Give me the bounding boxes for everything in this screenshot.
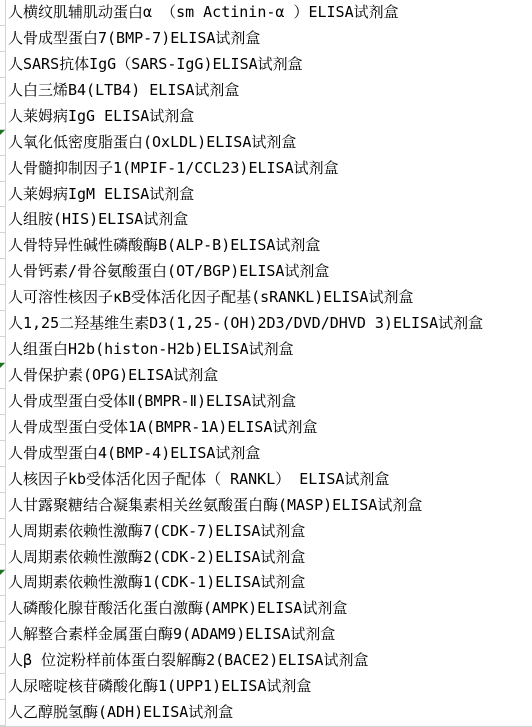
table-row: 人尿嘧啶核苷磷酸化酶1(UPP1)ELISA试剂盒 xyxy=(0,674,532,700)
adjacent-column-cell[interactable] xyxy=(0,52,6,78)
adjacent-column-cell[interactable] xyxy=(0,389,6,415)
table-row: 人周期素依赖性激酶2(CDK-2)ELISA试剂盒 xyxy=(0,545,532,571)
adjacent-column-cell[interactable] xyxy=(0,182,6,208)
adjacent-column-cell[interactable] xyxy=(0,104,6,130)
table-row: 人白三烯B4(LTB4) ELISA试剂盒 xyxy=(0,78,532,104)
adjacent-column-cell[interactable] xyxy=(0,207,6,233)
adjacent-column-cell[interactable] xyxy=(0,467,6,493)
adjacent-column-cell[interactable] xyxy=(0,233,6,259)
product-name-cell[interactable]: 人组蛋白H2b(histon-H2b)ELISA试剂盒 xyxy=(6,337,532,363)
table-row: 人横纹肌辅肌动蛋白α （sm Actinin-α ）ELISA试剂盒 xyxy=(0,0,532,26)
table-row: 人骨特异性碱性磷酸酶B(ALP-B)ELISA试剂盒 xyxy=(0,233,532,259)
table-row: 人组蛋白H2b(histon-H2b)ELISA试剂盒 xyxy=(0,337,532,363)
table-row: 人解整合素样金属蛋白酶9(ADAM9)ELISA试剂盒 xyxy=(0,622,532,648)
table-row: 人莱姆病IgG ELISA试剂盒 xyxy=(0,104,532,130)
adjacent-column-cell[interactable] xyxy=(0,493,6,519)
adjacent-column-cell[interactable] xyxy=(0,519,6,545)
product-name-cell[interactable]: 人β 位淀粉样前体蛋白裂解酶2(BACE2)ELISA试剂盒 xyxy=(6,648,532,674)
adjacent-column-cell[interactable] xyxy=(0,622,6,648)
product-name-cell[interactable]: 人氧化低密度脂蛋白(OxLDL)ELISA试剂盒 xyxy=(6,130,532,156)
table-row: 人可溶性核因子κB受体活化因子配基(sRANKL)ELISA试剂盒 xyxy=(0,285,532,311)
product-name-cell[interactable]: 人骨髓抑制因子1(MPIF-1/CCL23)ELISA试剂盒 xyxy=(6,156,532,182)
table-row: 人骨髓抑制因子1(MPIF-1/CCL23)ELISA试剂盒 xyxy=(0,156,532,182)
product-name-cell[interactable]: 人周期素依赖性激酶1(CDK-1)ELISA试剂盒 xyxy=(6,570,532,596)
adjacent-column-cell[interactable] xyxy=(0,285,6,311)
product-name-cell[interactable]: 人甘露聚糖结合凝集素相关丝氨酸蛋白酶(MASP)ELISA试剂盒 xyxy=(6,493,532,519)
table-row: 人组胺(HIS)ELISA试剂盒 xyxy=(0,207,532,233)
table-row: 人磷酸化腺苷酸活化蛋白激酶(AMPK)ELISA试剂盒 xyxy=(0,596,532,622)
product-name-cell[interactable]: 人骨保护素(OPG)ELISA试剂盒 xyxy=(6,363,532,389)
cell-error-indicator-icon xyxy=(0,570,5,575)
cell-error-indicator-icon xyxy=(0,130,5,135)
spreadsheet-product-list: 人横纹肌辅肌动蛋白α （sm Actinin-α ）ELISA试剂盒 人骨成型蛋… xyxy=(0,0,532,727)
product-name-cell[interactable]: 人核因子kb受体活化因子配体（ RANKL） ELISA试剂盒 xyxy=(6,467,532,493)
adjacent-column-cell[interactable] xyxy=(0,674,6,700)
product-name-cell[interactable]: 人骨钙素/骨谷氨酸蛋白(OT/BGP)ELISA试剂盒 xyxy=(6,259,532,285)
product-name-cell[interactable]: 人莱姆病IgG ELISA试剂盒 xyxy=(6,104,532,130)
product-name-cell[interactable]: 人骨特异性碱性磷酸酶B(ALP-B)ELISA试剂盒 xyxy=(6,233,532,259)
product-name-cell[interactable]: 人组胺(HIS)ELISA试剂盒 xyxy=(6,207,532,233)
adjacent-column-cell[interactable] xyxy=(0,78,6,104)
table-row: 人骨成型蛋白4(BMP-4)ELISA试剂盒 xyxy=(0,441,532,467)
product-name-cell[interactable]: 人骨成型蛋白4(BMP-4)ELISA试剂盒 xyxy=(6,441,532,467)
table-row: 人甘露聚糖结合凝集素相关丝氨酸蛋白酶(MASP)ELISA试剂盒 xyxy=(0,493,532,519)
product-name-cell[interactable]: 人骨成型蛋白受体1A(BMPR-1A)ELISA试剂盒 xyxy=(6,415,532,441)
adjacent-column-cell[interactable] xyxy=(0,156,6,182)
product-name-cell[interactable]: 人周期素依赖性激酶7(CDK-7)ELISA试剂盒 xyxy=(6,519,532,545)
product-name-cell[interactable]: 人磷酸化腺苷酸活化蛋白激酶(AMPK)ELISA试剂盒 xyxy=(6,596,532,622)
table-row: 人骨钙素/骨谷氨酸蛋白(OT/BGP)ELISA试剂盒 xyxy=(0,259,532,285)
adjacent-column-cell[interactable] xyxy=(0,0,6,26)
table-row: 人β 位淀粉样前体蛋白裂解酶2(BACE2)ELISA试剂盒 xyxy=(0,648,532,674)
product-name-cell[interactable]: 人周期素依赖性激酶2(CDK-2)ELISA试剂盒 xyxy=(6,545,532,571)
table-row: 人周期素依赖性激酶7(CDK-7)ELISA试剂盒 xyxy=(0,519,532,545)
table-row: 人SARS抗体IgG（SARS-IgG)ELISA试剂盒 xyxy=(0,52,532,78)
product-name-cell[interactable]: 人可溶性核因子κB受体活化因子配基(sRANKL)ELISA试剂盒 xyxy=(6,285,532,311)
adjacent-column-cell[interactable] xyxy=(0,648,6,674)
product-name-cell[interactable]: 人解整合素样金属蛋白酶9(ADAM9)ELISA试剂盒 xyxy=(6,622,532,648)
adjacent-column-cell[interactable] xyxy=(0,596,6,622)
table-row: 人周期素依赖性激酶1(CDK-1)ELISA试剂盒 xyxy=(0,570,532,596)
adjacent-column-cell[interactable] xyxy=(0,545,6,571)
product-name-cell[interactable]: 人骨成型蛋白7(BMP-7)ELISA试剂盒 xyxy=(6,26,532,52)
product-name-cell[interactable]: 人骨成型蛋白受体Ⅱ(BMPR-Ⅱ)ELISA试剂盒 xyxy=(6,389,532,415)
adjacent-column-cell[interactable] xyxy=(0,363,6,389)
adjacent-column-cell[interactable] xyxy=(0,570,6,596)
adjacent-column-cell[interactable] xyxy=(0,337,6,363)
product-name-cell[interactable]: 人莱姆病IgM ELISA试剂盒 xyxy=(6,182,532,208)
table-row: 人核因子kb受体活化因子配体（ RANKL） ELISA试剂盒 xyxy=(0,467,532,493)
adjacent-column-cell[interactable] xyxy=(0,441,6,467)
adjacent-column-cell[interactable] xyxy=(0,311,6,337)
cell-error-indicator-icon xyxy=(0,363,5,368)
product-name-cell[interactable]: 人1,25二羟基维生素D3(1,25-(OH)2D3/DVD/DHVD 3)EL… xyxy=(6,311,532,337)
product-name-cell[interactable]: 人横纹肌辅肌动蛋白α （sm Actinin-α ）ELISA试剂盒 xyxy=(6,0,532,26)
table-row: 人骨成型蛋白受体Ⅱ(BMPR-Ⅱ)ELISA试剂盒 xyxy=(0,389,532,415)
adjacent-column-cell[interactable] xyxy=(0,130,6,156)
product-name-cell[interactable]: 人尿嘧啶核苷磷酸化酶1(UPP1)ELISA试剂盒 xyxy=(6,674,532,700)
product-name-cell[interactable]: 人白三烯B4(LTB4) ELISA试剂盒 xyxy=(6,78,532,104)
product-name-cell[interactable]: 人乙醇脱氢酶(ADH)ELISA试剂盒 xyxy=(6,700,532,726)
adjacent-column-cell[interactable] xyxy=(0,700,6,726)
table-row: 人乙醇脱氢酶(ADH)ELISA试剂盒 xyxy=(0,700,532,726)
table-row: 人氧化低密度脂蛋白(OxLDL)ELISA试剂盒 xyxy=(0,130,532,156)
adjacent-column-cell[interactable] xyxy=(0,259,6,285)
table-row: 人骨成型蛋白7(BMP-7)ELISA试剂盒 xyxy=(0,26,532,52)
adjacent-column-cell[interactable] xyxy=(0,415,6,441)
product-name-cell[interactable]: 人SARS抗体IgG（SARS-IgG)ELISA试剂盒 xyxy=(6,52,532,78)
adjacent-column-cell[interactable] xyxy=(0,26,6,52)
table-row: 人骨成型蛋白受体1A(BMPR-1A)ELISA试剂盒 xyxy=(0,415,532,441)
table-row: 人1,25二羟基维生素D3(1,25-(OH)2D3/DVD/DHVD 3)EL… xyxy=(0,311,532,337)
table-row: 人骨保护素(OPG)ELISA试剂盒 xyxy=(0,363,532,389)
table-row: 人莱姆病IgM ELISA试剂盒 xyxy=(0,182,532,208)
